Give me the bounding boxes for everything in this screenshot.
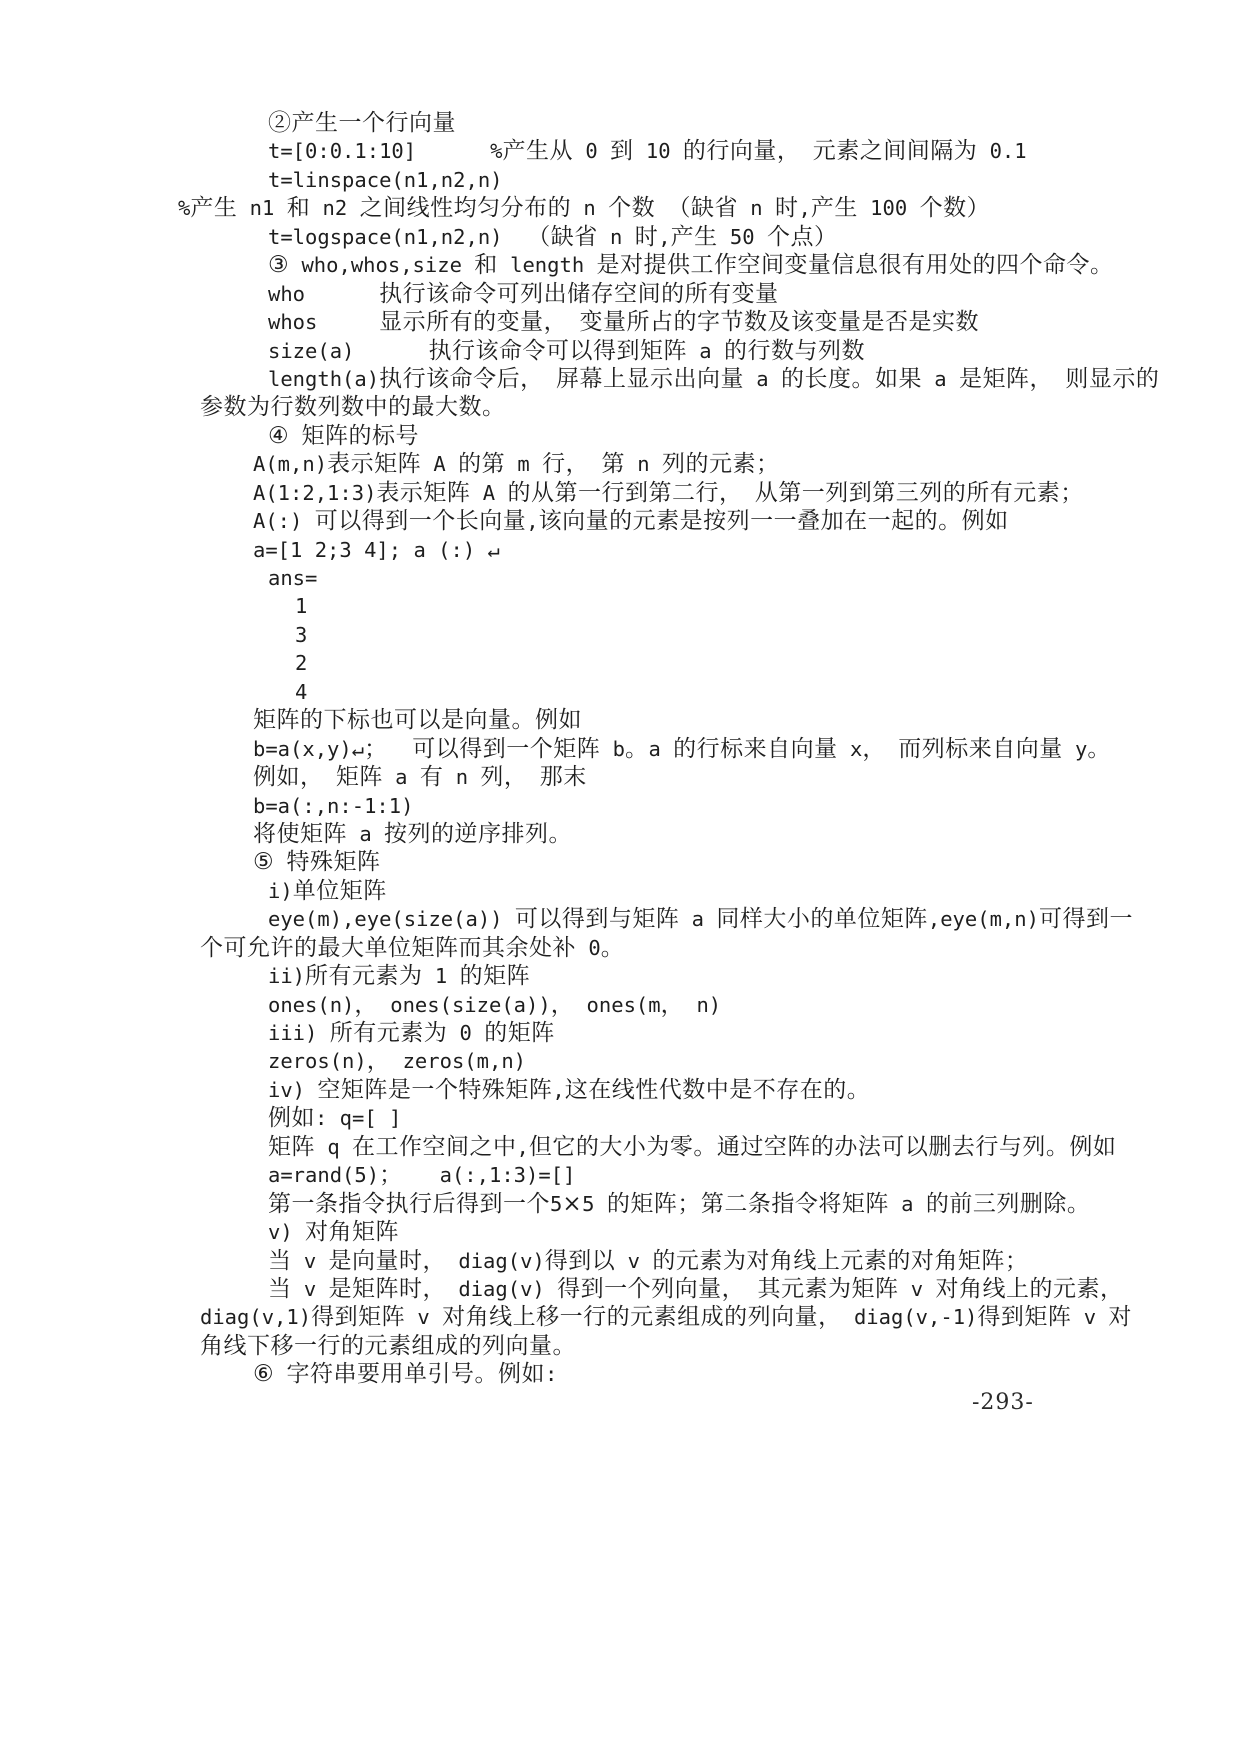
code-run: 1 [423,964,460,988]
text-run: 产生从 [503,138,574,164]
text-run: ⑤ [253,849,274,875]
text-run: 对 [1108,1304,1132,1330]
text-run: 那末 [540,764,587,790]
code-run: A(1:2,1:3) [253,481,376,505]
text-line: who 执行该命令可列出储存空间的所有变量 [200,280,1100,308]
text-run: 第 [601,451,625,477]
text-line: t=linspace(n1,n2,n) [200,166,1100,194]
text-run: 行， [542,451,589,477]
code-run: : q=[ ] [315,1106,401,1130]
text-line: ③ who,whos,size 和 length 是对提供工作空间变量信息很有用… [200,251,1100,279]
text-run: 的矩阵 [484,1020,555,1046]
text-run: 产生 [671,224,718,250]
code-run: n2 [310,196,359,220]
code-run: v) [268,1220,305,1244]
text-run: 当 [268,1276,292,1302]
code-run: a [679,907,716,931]
text-line: 第一条指令执行后得到一个5×5 的矩阵；第二条指令将矩阵 a 的前三列删除。 [200,1190,1100,1218]
text-run: 所有元素为 [330,1020,448,1046]
code-run: ones(m [574,993,660,1017]
text-run: 执行该命令可列出储存空间的所有变量 [379,281,779,307]
text-run: 矩阵的下标也可以是向量。例如 [253,707,582,733]
text-run: 显示所有的变量， [379,309,567,335]
code-run: a [383,765,420,789]
code-run: 0 [447,1021,484,1045]
code-run: b=a(x,y)↵ [253,737,364,761]
code-run: length [498,253,597,277]
code-run: x [838,737,863,761]
text-line: a=[1 2;3 4]; a (:) ↵ [200,536,1100,564]
text-run: 的矩阵；第二条指令将矩阵 [607,1191,889,1217]
text-run: 个可允许的最大单位矩阵而其余处补 [200,935,576,961]
code-run: n [571,196,608,220]
text-run: 个数） [920,195,991,221]
code-run: 0 [576,936,601,960]
code-run: who [268,282,379,306]
text-line: A(:) 可以得到一个长向量,该向量的元素是按列一一叠加在一起的。例如 [200,507,1100,535]
text-run: 矩阵 [336,764,383,790]
text-line: t=[0:0.1:10] %产生从 0 到 10 的行向量， 元素之间间隔为 0… [200,137,1100,165]
code-run: diag(v) [446,1249,545,1273]
code-run: zeros(m,n) [390,1049,526,1073]
text-run: 第一条指令执行后得到一个 [268,1191,550,1217]
code-run: 5 [582,1192,607,1216]
text-run: 同样大小的单位矩阵 [716,906,928,932]
text-run: 之间线性均匀分布的 [360,195,572,221]
text-run: ， [661,992,685,1018]
text-run: 例如 [268,1105,315,1131]
text-run: 当 [268,1248,292,1274]
text-run: 产生 [190,195,237,221]
text-run: 角线下移一行的元素组成的列向量。 [200,1333,576,1359]
code-run: length(a) [268,367,379,391]
code-run: a [889,1192,926,1216]
code-run: : [545,1362,557,1386]
code-run: a [347,822,384,846]
code-run: 100 [858,196,920,220]
text-run: 表示矩阵 [376,480,470,506]
code-run [655,196,667,220]
code-run: a=rand(5) [268,1163,379,1187]
text-run: 的从第一行到第二行， [507,480,742,506]
text-run: 。 [1087,736,1111,762]
code-run: 2 [295,651,307,675]
text-line: 例如: q=[ ] [200,1104,1100,1132]
text-run: 执行该命令可以得到矩阵 [428,338,687,364]
text-run: 。 [601,935,625,961]
text-run: ， [551,992,575,1018]
code-run [289,424,301,448]
code-run: , [658,225,670,249]
page-number: -293- [972,1390,1034,1416]
text-line: v) 对角矩阵 [200,1218,1100,1246]
code-run: v [292,1277,329,1301]
code-run: , [552,1078,564,1102]
text-line: diag(v,1)得到矩阵 v 对角线上移一行的元素组成的列向量， diag(v… [200,1303,1100,1331]
text-line: 当 v 是矩阵时， diag(v) 得到一个列向量， 其元素为矩阵 v 对角线上… [200,1275,1100,1303]
code-run: n [625,452,662,476]
code-run [527,765,539,789]
text-run: 个数 [608,195,655,221]
text-run: 产生 [811,195,858,221]
text-line: a=rand(5)； a(:,1:3)=[] [200,1161,1100,1189]
code-run: whos [268,310,379,334]
text-run: 对角矩阵 [305,1219,399,1245]
text-line: 个可允许的最大单位矩阵而其余处补 0。 [200,934,1100,962]
text-run: 时 [635,224,659,250]
code-run [274,1362,286,1386]
text-run: 这在线性代数中是不存在的。 [565,1077,871,1103]
text-run: 单位矩阵 [293,878,387,904]
code-run: t=logspace(n1,n2,n) [268,225,527,249]
text-line: 将使矩阵 a 按列的逆序排列。 [200,820,1100,848]
text-run: 。 [625,736,649,762]
code-run: n [443,765,480,789]
text-run: ④ [268,423,289,449]
text-line: ans= [200,564,1100,592]
text-run: 可以得到一个长向量 [315,508,527,534]
text-line: A(m,n)表示矩阵 A 的第 m 行， 第 n 列的元素； [200,450,1100,478]
text-line: 参数为行数列数中的最大数。 [200,393,1100,421]
text-line: i)单位矩阵 [200,877,1100,905]
code-run: A [421,452,458,476]
code-run: a [744,367,781,391]
text-run: 对角线上移一行的元素组成的列向量， [442,1304,842,1330]
code-run: b [600,737,625,761]
text-run: 可以得到一个矩阵 [412,736,600,762]
text-run: 个点） [767,224,838,250]
code-run: eye(m),eye(size(a)) [268,907,515,931]
text-line: ⑥ 字符串要用单引号。例如: [200,1360,1100,1388]
text-run: 空矩阵是一个特殊矩阵 [317,1077,552,1103]
text-line: whos 显示所有的变量， 变量所占的字节数及该变量是否是实数 [200,308,1100,336]
code-run: diag(v,1) [200,1305,311,1329]
code-run: zeros(n) [268,1049,367,1073]
code-run: ans= [268,566,317,590]
text-run: 是对提供工作空间变量信息很有用处的四个命令。 [597,252,1114,278]
text-run: ； [379,1162,403,1188]
text-line: ⑤ 特殊矩阵 [200,848,1100,876]
code-run: y [1063,737,1088,761]
text-line: 当 v 是向量时， diag(v)得到以 v 的元素为对角线上元素的对角矩阵； [200,1247,1100,1275]
text-run: 和 [287,195,311,221]
text-run: 可得到一 [1039,906,1133,932]
text-line: 例如， 矩阵 a 有 n 列， 那末 [200,763,1100,791]
text-run: 的长度。如果 [781,366,922,392]
code-run: 50 [718,225,767,249]
text-line: iii) 所有元素为 0 的矩阵 [200,1019,1100,1047]
code-run: n [738,196,775,220]
text-line: ④ 矩阵的标号 [200,422,1100,450]
text-run: ⑥ [253,1361,274,1387]
text-run: 表示矩阵 [327,451,421,477]
code-run: ,eye(m,n) [928,907,1039,931]
text-run: 的第 [458,451,505,477]
text-run: 特殊矩阵 [286,849,380,875]
code-run [1053,367,1065,391]
code-run: ones(n) [268,993,354,1017]
text-line: ②产生一个行向量 [200,109,1100,137]
text-line: A(1:2,1:3)表示矩阵 A 的从第一行到第二行， 从第一列到第三列的所有元… [200,479,1100,507]
text-run: ②产生一个行向量 [268,110,456,136]
text-line: t=logspace(n1,n2,n) （缺省 n 时,产生 50 个点） [200,223,1100,251]
text-line: 矩阵的下标也可以是向量。例如 [200,706,1100,734]
text-run: 变量所占的字节数及该变量是否是实数 [579,309,979,335]
document-page: ②产生一个行向量t=[0:0.1:10] %产生从 0 到 10 的行向量， 元… [0,0,1241,1755]
text-run: 的前三列删除。 [926,1191,1091,1217]
code-run: A(m,n) [253,452,327,476]
text-run: 对角线上的元素， [936,1276,1124,1302]
text-run: 的行向量， [683,138,801,164]
code-run [274,850,286,874]
code-run: 10 [634,139,683,163]
text-line: 1 [200,592,1100,620]
code-run: 4 [295,680,307,704]
text-run: 的行数与列数 [724,338,865,364]
code-run: A(:) [253,509,315,533]
code-run: a=[1 2;3 4]; a (:) ↵ [253,538,500,562]
text-run: 该向量的元素是按列一一叠加在一起的。例如 [539,508,1009,534]
text-run: 得到以 [545,1248,616,1274]
code-run: ii) [268,964,305,988]
code-run: 0 [573,139,610,163]
code-run: v [292,1249,329,1273]
code-run [544,367,556,391]
text-run: 字符串要用单引号。例如 [286,1361,545,1387]
code-run [800,139,812,163]
text-line: 3 [200,621,1100,649]
text-run: 得到矩阵 [311,1304,405,1330]
text-line: 矩阵 q 在工作空间之中,但它的大小为零。通过空阵的办法可以删去行与列。例如 [200,1133,1100,1161]
text-run: 有 [420,764,444,790]
text-line: ones(n)， ones(size(a))， ones(m， n) [200,991,1100,1019]
text-run: 是向量时， [329,1248,447,1274]
code-run: 5 [550,1192,562,1216]
code-run: m [505,452,542,476]
code-run: v [405,1305,442,1329]
text-run: 和 [474,252,498,278]
code-run: n [598,225,635,249]
code-run: diag(v,-1) [842,1305,978,1329]
text-run: 是矩阵， [959,366,1053,392]
text-run: 列的元素； [662,451,780,477]
code-run: t=linspace(n1,n2,n) [268,168,503,192]
text-run: 按列的逆序排列。 [384,821,572,847]
code-run: a [648,737,673,761]
text-run: 而列标来自向量 [898,736,1063,762]
text-line: ii)所有元素为 1 的矩阵 [200,962,1100,990]
code-run: n) [684,993,721,1017]
code-run: n1 [237,196,286,220]
code-run [886,737,898,761]
text-run: 将使矩阵 [253,821,347,847]
code-run: , [799,196,811,220]
code-run: v [1071,1305,1108,1329]
code-run: , [517,1135,529,1159]
code-run: t=[0:0.1:10] % [268,139,503,163]
text-run: 但它的大小为零。通过空阵的办法可以删去行与列。例如 [529,1134,1117,1160]
text-run: 例如， [253,764,324,790]
text-run: ③ [268,252,289,278]
code-run [388,737,413,761]
code-run: size(a) [268,339,428,363]
text-run: 是矩阵时， [329,1276,447,1302]
code-run: 0.1 [977,139,1026,163]
text-run: 则显示的 [1065,366,1159,392]
text-line: size(a) 执行该命令可以得到矩阵 a 的行数与列数 [200,337,1100,365]
text-run: （缺省 [527,224,598,250]
text-line: %产生 n1 和 n2 之间线性均匀分布的 n 个数 （缺省 n 时,产生 10… [178,194,1100,222]
code-run: v [615,1249,652,1273]
code-run: a [922,367,959,391]
code-run: v [898,1277,935,1301]
code-run [324,765,336,789]
text-line: 2 [200,649,1100,677]
code-run: i) [268,879,293,903]
code-run: 3 [295,623,307,647]
code-run: A [470,481,507,505]
code-run [745,1277,757,1301]
code-run: a(:,1:3)=[] [403,1163,576,1187]
text-run: 从第一列到第三列的所有元素； [755,480,1084,506]
text-run: 时 [775,195,799,221]
text-run: ， [354,992,378,1018]
text-run: 可以得到与矩阵 [515,906,680,932]
text-run: 在工作空间之中 [352,1134,517,1160]
text-run: 屏幕上显示出向量 [556,366,744,392]
text-run: （缺省 [667,195,738,221]
text-run: ， [862,736,886,762]
code-run [742,481,754,505]
text-run: 执行该命令后， [379,366,544,392]
text-run: 所有元素为 [305,963,423,989]
text-run: 矩阵 [268,1134,315,1160]
code-run: ones(size(a)) [378,993,551,1017]
code-run: iv) [268,1078,317,1102]
text-line: length(a)执行该命令后， 屏幕上显示出向量 a 的长度。如果 a 是矩阵… [200,365,1100,393]
text-run: 的元素为对角线上元素的对角矩阵； [652,1248,1028,1274]
code-run: diag(v) [446,1277,557,1301]
page-content: ②产生一个行向量t=[0:0.1:10] %产生从 0 到 10 的行向量， 元… [200,109,1100,1389]
code-run: , [526,509,538,533]
code-run: who,whos,size [289,253,474,277]
text-line: b=a(:,n:-1:1) [200,792,1100,820]
text-run: 到 [610,138,634,164]
text-run: 参数为行数列数中的最大数。 [200,394,506,420]
text-line: zeros(n)， zeros(m,n) [200,1047,1100,1075]
text-line: b=a(x,y)↵； 可以得到一个矩阵 b。a 的行标来自向量 x， 而列标来自… [200,735,1100,763]
text-run: 列， [480,764,527,790]
code-run: % [178,196,190,220]
text-run: 矩阵的标号 [301,423,419,449]
text-run: 其元素为矩阵 [757,1276,898,1302]
text-line: iv) 空矩阵是一个特殊矩阵,这在线性代数中是不存在的。 [200,1076,1100,1104]
text-run: 的矩阵 [460,963,531,989]
code-run: b=a(:,n:-1:1) [253,794,413,818]
text-line: eye(m),eye(size(a)) 可以得到与矩阵 a 同样大小的单位矩阵,… [200,905,1100,933]
text-run: × [562,1191,582,1217]
code-run [589,452,601,476]
text-run: ， [367,1048,391,1074]
text-run: 的行标来自向量 [673,736,838,762]
text-run: 得到矩阵 [977,1304,1071,1330]
text-line: 4 [200,678,1100,706]
code-run: a [687,339,724,363]
code-run [567,310,579,334]
text-run: ； [364,736,388,762]
text-run: 得到一个列向量， [557,1276,745,1302]
code-run: iii) [268,1021,330,1045]
text-line: 角线下移一行的元素组成的列向量。 [200,1332,1100,1360]
code-run: q [315,1135,352,1159]
code-run: 1 [295,594,307,618]
text-run: 元素之间间隔为 [813,138,978,164]
